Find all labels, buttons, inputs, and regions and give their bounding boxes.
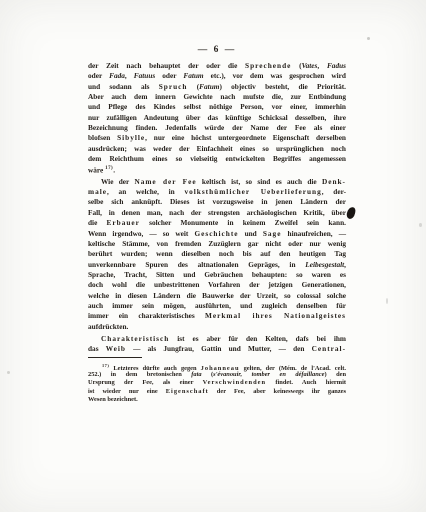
letterspaced-text: Sprechende: [245, 61, 291, 70]
letterspaced-text: Verschwindenden: [203, 379, 266, 386]
italic-text: fata: [191, 371, 201, 378]
text-line: auch immer sein mögen, ausführten, und z…: [88, 301, 346, 311]
footnote-marker: 17): [102, 363, 109, 368]
text-line: ist wieder nur eine Eigenschaft der Fee,…: [88, 388, 346, 397]
letterspaced-text: male: [88, 187, 107, 196]
text-line: das Weib — als Jungfrau, Gattin und Mutt…: [88, 344, 346, 354]
letterspaced-text: Sibylle: [117, 133, 145, 142]
text-line: blofsen Sibylle, nur eine höchst unterge…: [88, 133, 346, 143]
text-line: 252.) in dem bretonischen fata (s'évanou…: [88, 371, 346, 380]
text-line: male, an welche, in volksthümlicher Uebe…: [88, 187, 346, 197]
text-line: Sprache, Tracht, Sitten und Gebräuchen b…: [88, 270, 346, 280]
letterspaced-text: Weib: [106, 344, 126, 353]
text-line: Fall, in denen man, nach der strengsten …: [88, 208, 346, 218]
footnote-separator: [88, 357, 142, 358]
text-line: dem Reichthum eines so vielseitig entwic…: [88, 154, 346, 164]
scan-speck: [367, 37, 370, 40]
text-line: berührt wurden; wenn dieselben noch bis …: [88, 249, 346, 259]
text-line: nur zufälligen Andeutung über das künfti…: [88, 113, 346, 123]
text-line: Ursprung der Fee, als einer Verschwinden…: [88, 379, 346, 388]
letterspaced-text: volksthümlicher Ueberlieferung: [184, 187, 321, 196]
italic-text: Leibesgestalt: [305, 260, 344, 269]
text-line: keltische Stämme, von fremden Zuzüglern …: [88, 239, 346, 249]
letterspaced-text: Eigenschaft: [166, 388, 209, 395]
letterspaced-text: Merkmal ihres Nationalgeistes: [205, 311, 346, 320]
paragraph: Charakteristisch ist es aber für den Kel…: [88, 334, 346, 355]
ink-blot: [346, 206, 356, 219]
text-line: unverkennbare Spuren des altnationalen G…: [88, 260, 346, 270]
text-line: 17) Letzteres dürfte auch gegen Johannea…: [88, 362, 346, 371]
letterspaced-text: Erbauer: [107, 218, 140, 227]
text-line: und Pflege des Kindes selbst nöthige Per…: [88, 102, 346, 112]
italic-text: Vates: [302, 61, 318, 70]
text-line: doch wohl die unbestrittenen Vorfahren d…: [88, 280, 346, 290]
paragraph: Wie der Name der Fee keltisch ist, so si…: [88, 177, 346, 332]
text-line: aufdrückten.: [88, 322, 346, 332]
letterspaced-text: Sage: [263, 229, 282, 238]
letterspaced-text: Spruch: [159, 82, 188, 91]
text-line: oder Fada, Fatuus oder Fatum etc.), vor …: [88, 71, 346, 81]
text-line: Aber auch dem innern Gewichte nach mufst…: [88, 92, 346, 102]
footnote: 17) Letzteres dürfte auch gegen Johannea…: [88, 362, 346, 405]
letterspaced-text: Denk-: [322, 177, 346, 186]
text-line: wäre 17).: [88, 164, 346, 174]
page-number: — 6 —: [88, 45, 346, 55]
italic-text: Fatuus: [134, 71, 156, 80]
main-text: der Zeit nach behauptet der oder die Spr…: [88, 61, 346, 355]
text-line: Wenn irgendwo, — so weit Geschichte und …: [88, 229, 346, 239]
letterspaced-text: Name der Fee: [134, 177, 196, 186]
paragraph: der Zeit nach behauptet der oder die Spr…: [88, 61, 346, 175]
text-line: und sodann als Spruch (Fatum) objectiv b…: [88, 82, 346, 92]
text-line: Bezeichnung finden. Jedenfalls würde der…: [88, 123, 346, 133]
letterspaced-text: Geschichte: [194, 229, 238, 238]
italic-text: s'évanouir, tomber en défaillance: [213, 371, 324, 378]
footnote-marker: 17): [105, 166, 113, 171]
text-line: welche in diesen Ländern die Bauwerke de…: [88, 291, 346, 301]
italic-text: Fatum: [183, 71, 203, 80]
text-line: Charakteristisch ist es aber für den Kel…: [88, 334, 346, 344]
text-line: der Zeit nach behauptet der oder die Spr…: [88, 61, 346, 71]
text-line: Wie der Name der Fee keltisch ist, so si…: [88, 177, 346, 187]
text-line: Wesen bezeichnet.: [88, 396, 346, 405]
text-line: die Erbauer solcher Monumente in keinem …: [88, 218, 346, 228]
italic-text: Fatum: [199, 82, 219, 91]
italic-text: Fada: [109, 71, 125, 80]
scan-speck: [386, 298, 388, 304]
letterspaced-text: Central-: [312, 344, 346, 353]
scan-speck: [419, 223, 422, 227]
scanned-page: — 6 — der Zeit nach behauptet der oder d…: [0, 0, 426, 512]
text-line: ausdrücken; was weder der Einfachheit ei…: [88, 144, 346, 154]
scan-speck: [7, 371, 10, 374]
text-line: selbe sich anknüpft. Dieses ist vorzugsw…: [88, 197, 346, 207]
letterspaced-text: Charakteristisch: [101, 334, 169, 343]
italic-text: Fadus: [327, 61, 346, 70]
text-line: immer ein charakteristisches Merkmal ihr…: [88, 311, 346, 321]
